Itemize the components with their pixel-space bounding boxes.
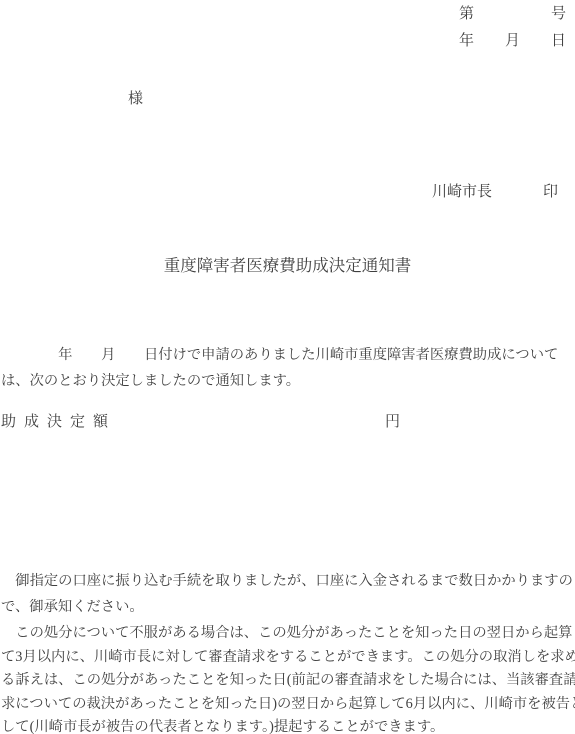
paragraph-line: して(川崎市長が被告の代表者となります。)提起することができます。: [1, 716, 575, 734]
paragraph-line: る訴えは、この処分があったことを知った日(前記の審査請求をした場合には、当該審査…: [1, 669, 575, 693]
seal-placeholder: 印: [543, 179, 558, 205]
doc-number-line: 第 号: [459, 1, 566, 28]
intro-paragraph: 年 月 日付けで申請のありました川崎市重度障害者医療費助成について は、次のとお…: [1, 343, 575, 394]
paragraph-line: で、御承知ください。: [1, 594, 575, 620]
amount-row: 助成決定額 円: [0, 410, 575, 435]
notification-document: 第 号 年 月 日 様 川崎市長 印 重度障害者医療費助成決定通知書 年 月 日…: [0, 0, 575, 734]
appeal-notice-paragraph: この処分について不服がある場合は、この処分があったことを知った日の翌日から起算し…: [1, 622, 575, 734]
paragraph-line: 年 月 日付けで申請のありました川崎市重度障害者医療費助成について: [1, 343, 575, 369]
date-year-label: 年: [459, 28, 474, 55]
doc-number-prefix: 第: [459, 1, 474, 28]
paragraph-line: この処分について不服がある場合は、この処分があったことを知った日の翌日から起算し: [1, 622, 575, 646]
paragraph-line: 御指定の口座に振り込む手続を取りましたが、口座に入金されるまで数日かかりますの: [1, 568, 575, 594]
sender-line: 川崎市長 印: [432, 179, 558, 205]
recipient-honorific: 様: [128, 86, 143, 112]
amount-unit-yen: 円: [385, 410, 400, 435]
doc-title: 重度障害者医療費助成決定通知書: [0, 253, 575, 279]
date-day-label: 日: [551, 28, 566, 55]
paragraph-line: て3月以内に、川崎市長に対して審査請求をすることができます。この処分の取消しを求…: [1, 646, 575, 670]
paragraph-line: は、次のとおり決定しましたので通知します。: [1, 369, 575, 395]
date-month-label: 月: [505, 28, 520, 55]
paragraph-line: 求についての裁決があったことを知った日)の翌日から起算して6月以内に、川崎市を被…: [1, 693, 575, 717]
date-line: 年 月 日: [459, 28, 566, 55]
header-number-date-block: 第 号 年 月 日: [459, 1, 566, 55]
sender-name: 川崎市長: [432, 179, 492, 205]
transfer-note-paragraph: 御指定の口座に振り込む手続を取りましたが、口座に入金されるまで数日かかりますの …: [1, 568, 575, 620]
doc-number-suffix: 号: [551, 1, 566, 28]
amount-label: 助成決定額: [1, 410, 116, 435]
